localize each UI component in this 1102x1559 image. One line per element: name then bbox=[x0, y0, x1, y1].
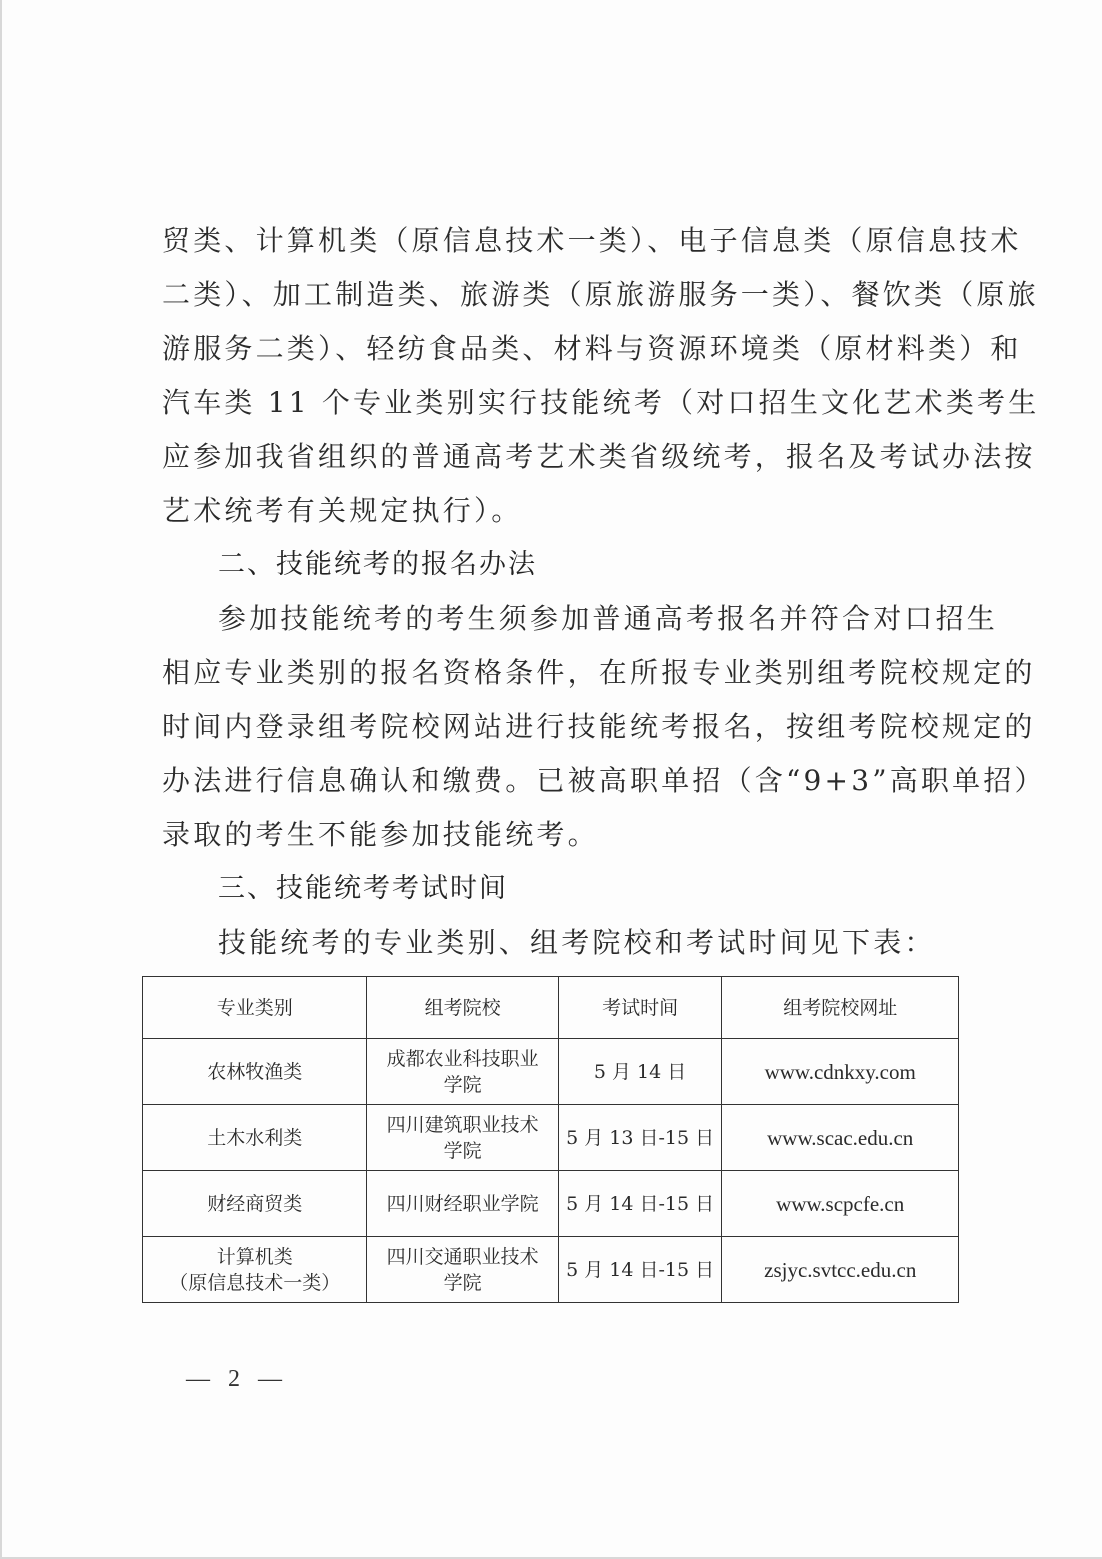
cell-school: 成都农业科技职业学院 bbox=[367, 1039, 558, 1105]
cell-school: 四川建筑职业技术学院 bbox=[367, 1105, 558, 1171]
cell-date: 5 月 14 日-15 日 bbox=[558, 1171, 722, 1237]
cell-date: 5 月 14 日 bbox=[558, 1039, 722, 1105]
section-heading-exam-time: 三、技能统考考试时间 bbox=[162, 862, 942, 916]
paragraph-line: 参加技能统考的考生须参加普通高考报名并符合对口招生 bbox=[162, 592, 942, 646]
header-category: 专业类别 bbox=[143, 977, 367, 1039]
table-intro: 技能统考的专业类别、组考院校和考试时间见下表： bbox=[162, 916, 942, 970]
cell-school: 四川交通职业技术学院 bbox=[367, 1237, 558, 1303]
paragraph-line: 相应专业类别的报名资格条件，在所报专业类别组考院校规定的 bbox=[162, 646, 942, 700]
cell-school: 四川财经职业学院 bbox=[367, 1171, 558, 1237]
cell-category: 计算机类（原信息技术一类） bbox=[143, 1237, 367, 1303]
paragraph-line: 游服务二类）、轻纺食品类、材料与资源环境类（原材料类）和 bbox=[162, 322, 942, 376]
paragraph-line: 艺术统考有关规定执行）。 bbox=[162, 484, 942, 538]
paragraph-line: 时间内登录组考院校网站进行技能统考报名，按组考院校规定的 bbox=[162, 700, 942, 754]
paragraph-line: 贸类、计算机类（原信息技术一类）、电子信息类（原信息技术 bbox=[162, 214, 942, 268]
cell-url: www.scac.edu.cn bbox=[722, 1105, 959, 1171]
exam-schedule-table: 专业类别 组考院校 考试时间 组考院校网址 农林牧渔类 成都农业科技职业学院 5… bbox=[142, 976, 959, 1303]
table-row: 农林牧渔类 成都农业科技职业学院 5 月 14 日 www.cdnkxy.com bbox=[143, 1039, 959, 1105]
table-header-row: 专业类别 组考院校 考试时间 组考院校网址 bbox=[143, 977, 959, 1039]
paragraph-line: 应参加我省组织的普通高考艺术类省级统考，报名及考试办法按 bbox=[162, 430, 942, 484]
page-edge-left bbox=[0, 0, 2, 1559]
paragraph-line: 二类）、加工制造类、旅游类（原旅游服务一类）、餐饮类（原旅 bbox=[162, 268, 942, 322]
table-row: 土木水利类 四川建筑职业技术学院 5 月 13 日-15 日 www.scac.… bbox=[143, 1105, 959, 1171]
document-body: 贸类、计算机类（原信息技术一类）、电子信息类（原信息技术 二类）、加工制造类、旅… bbox=[162, 214, 942, 970]
header-school: 组考院校 bbox=[367, 977, 558, 1039]
cell-url: zsjyc.svtcc.edu.cn bbox=[722, 1237, 959, 1303]
cell-date: 5 月 13 日-15 日 bbox=[558, 1105, 722, 1171]
page-number: — 2 — bbox=[186, 1366, 288, 1393]
header-url: 组考院校网址 bbox=[722, 977, 959, 1039]
paragraph-line: 录取的考生不能参加技能统考。 bbox=[162, 808, 942, 862]
table-row: 财经商贸类 四川财经职业学院 5 月 14 日-15 日 www.scpcfe.… bbox=[143, 1171, 959, 1237]
table-row: 计算机类（原信息技术一类） 四川交通职业技术学院 5 月 14 日-15 日 z… bbox=[143, 1237, 959, 1303]
cell-date: 5 月 14 日-15 日 bbox=[558, 1237, 722, 1303]
paragraph-line: 办法进行信息确认和缴费。已被高职单招（含“9+3”高职单招） bbox=[162, 754, 942, 808]
cell-category: 农林牧渔类 bbox=[143, 1039, 367, 1105]
paragraph-line: 汽车类 11 个专业类别实行技能统考（对口招生文化艺术类考生 bbox=[162, 376, 942, 430]
cell-url: www.cdnkxy.com bbox=[722, 1039, 959, 1105]
cell-category: 财经商贸类 bbox=[143, 1171, 367, 1237]
section-heading-registration: 二、技能统考的报名办法 bbox=[162, 538, 942, 592]
cell-category: 土木水利类 bbox=[143, 1105, 367, 1171]
header-date: 考试时间 bbox=[558, 977, 722, 1039]
cell-url: www.scpcfe.cn bbox=[722, 1171, 959, 1237]
